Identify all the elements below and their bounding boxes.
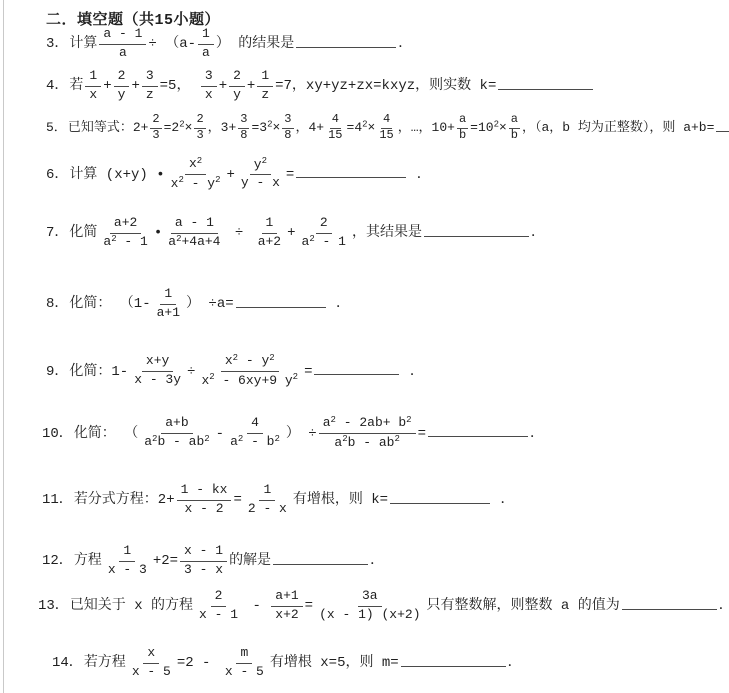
math-text: 3 <box>152 129 159 143</box>
math-text: a+b <box>165 416 188 431</box>
answer-blank <box>296 33 396 48</box>
superscript: 2 <box>215 175 220 185</box>
math-text: 方程 <box>74 552 102 570</box>
fraction-numerator: a+1 <box>271 589 302 607</box>
math-text: ÷ <box>226 224 251 242</box>
math-text: 2 <box>215 589 223 604</box>
fraction-denominator: 15 <box>377 129 395 144</box>
fraction: 2y <box>114 69 130 104</box>
math-text: = <box>305 597 313 615</box>
fraction-denominator: x2 - y2 <box>167 175 225 192</box>
fraction-numerator: 1 <box>262 216 278 234</box>
math-text: x <box>225 354 233 369</box>
fraction: 1a+2 <box>254 216 285 251</box>
math-text: = <box>304 363 312 381</box>
math-text: 15 <box>328 129 342 143</box>
math-text: y - x <box>241 176 280 191</box>
fraction: 2y <box>229 69 245 104</box>
math-text: 化简：1- <box>69 363 128 381</box>
question-number: 14． <box>52 654 83 672</box>
fraction: 2a2 - 1 <box>298 216 350 251</box>
fraction: xx - 5 <box>128 646 175 681</box>
math-text: 8 <box>284 129 291 143</box>
fraction: 1a <box>198 27 214 62</box>
question-row-7: 7．化简a+2a2 - 1•a - 1a2+4a+4 ÷ 1a+2+2a2 - … <box>46 216 545 251</box>
superscript: 2 <box>197 156 202 166</box>
question-number: 3． <box>46 35 68 53</box>
question-row-13: 13．已知关于 x 的方程2x - 1 - a+1x+2=3a(x - 1) (… <box>38 589 729 624</box>
math-text: • <box>154 224 162 242</box>
question-row-12: 12．方程1x - 3+2=x - 13 - x的解是． <box>42 544 384 579</box>
math-text: 3 - x <box>184 563 223 578</box>
math-text: x <box>205 88 213 103</box>
fraction-numerator: 4 <box>247 416 263 434</box>
fraction-numerator: 4 <box>381 113 392 129</box>
math-text: - 1 <box>117 235 148 250</box>
answer-blank <box>424 222 529 237</box>
question-row-10: 10．化简： （a+ba2b - ab2-4a2 - b2） ÷a2 - 2ab… <box>42 416 544 452</box>
question-number: 7． <box>46 224 68 242</box>
fraction-numerator: x2 - y2 <box>221 354 279 372</box>
math-text: ） 的结果是 <box>216 35 294 53</box>
math-text: 有增根，则 k= <box>293 491 388 509</box>
fraction-denominator: 2 - x <box>244 501 291 518</box>
page-left-border <box>3 0 4 693</box>
math-text: - 6xy+9 y <box>215 374 293 389</box>
math-text: =5， <box>160 77 199 95</box>
fraction-denominator: b <box>457 129 468 144</box>
math-text: - 1 <box>315 235 346 250</box>
math-text: 3 <box>284 113 291 127</box>
fraction: 4a2 - b2 <box>226 416 284 451</box>
math-text: ． <box>401 363 423 381</box>
math-text: a <box>202 46 210 61</box>
fraction-numerator: 3 <box>201 69 217 87</box>
fraction: y2y - x <box>237 157 284 192</box>
math-text: 计算 (x+y) • <box>69 166 164 184</box>
superscript: 2 <box>394 434 399 444</box>
math-text: + <box>287 224 295 242</box>
fraction-numerator: x <box>143 646 159 664</box>
fraction: a - 1a2+4a+4 <box>164 216 224 251</box>
math-text: a <box>511 113 518 127</box>
superscript: 2 <box>269 353 274 363</box>
fraction-denominator: (x - 1) (x+2) <box>315 607 424 624</box>
math-text: 1 - kx <box>181 483 228 498</box>
math-text: ． <box>508 654 522 672</box>
math-text: ，3+ <box>208 120 237 137</box>
math-text: 1 <box>202 27 210 42</box>
math-text: 只有整数解，则整数 a 的值为 <box>427 597 620 615</box>
superscript: 2 <box>204 434 209 444</box>
fraction: 23 <box>194 113 205 144</box>
fraction-numerator: a+2 <box>110 216 141 234</box>
math-text: 1 <box>266 216 274 231</box>
math-text: ） ÷a= <box>186 295 234 313</box>
answer-blank <box>273 550 368 565</box>
math-text: y <box>118 88 126 103</box>
fraction: 1 - kxx - 2 <box>177 483 232 518</box>
fraction: 415 <box>377 113 395 144</box>
fraction-denominator: a2 - b2 <box>226 434 284 451</box>
math-text: a+2 <box>258 235 281 250</box>
math-text: 2 <box>233 69 241 84</box>
math-text: x - 1 <box>184 544 223 559</box>
math-text: a - 1 <box>175 216 214 231</box>
superscript: 2 <box>262 156 267 166</box>
math-text: ． <box>408 166 430 184</box>
worksheet-page: 二．填空题（共15小题） 3．计算a - 1a÷ （a-1a） 的结果是． 4．… <box>0 0 729 693</box>
fraction: a2 - 2ab+ b2a2b - ab2 <box>319 416 416 452</box>
fraction: 1x - 3 <box>104 544 151 579</box>
question-row-3: 3．计算a - 1a÷ （a-1a） 的结果是． <box>46 27 412 62</box>
math-text: 4 <box>383 113 390 127</box>
fraction-numerator: 1 <box>257 69 273 87</box>
fraction-numerator: 1 <box>119 544 135 562</box>
fraction-denominator: b <box>509 129 520 144</box>
math-text: x <box>189 157 197 172</box>
math-text: 4 <box>332 113 339 127</box>
question-number: 10． <box>42 425 73 443</box>
fraction-numerator: 2 <box>211 589 227 607</box>
math-text: 若分式方程：2+ <box>74 491 175 509</box>
fraction-denominator: z <box>257 87 273 104</box>
fraction: 38 <box>282 113 293 144</box>
question-row-8: 8．化简： （1-1a+1） ÷a= ． <box>46 287 350 322</box>
fraction: mx - 5 <box>221 646 268 681</box>
fraction-numerator: 1 <box>198 27 214 45</box>
fraction-denominator: 3 <box>150 129 161 144</box>
fraction-numerator: 3 <box>142 69 158 87</box>
math-text: a+1 <box>157 306 180 321</box>
fraction-denominator: x - 1 <box>195 607 242 624</box>
fraction-denominator: a2 - 1 <box>99 234 151 251</box>
math-text: 若方程 <box>84 654 126 672</box>
math-text: 2 <box>196 113 203 127</box>
math-text: b - ab <box>348 436 395 451</box>
answer-blank <box>401 652 506 667</box>
answer-blank <box>498 75 593 90</box>
question-number: 11． <box>42 491 73 509</box>
math-text: 化简： （1- <box>69 295 150 313</box>
math-text: x - 5 <box>225 665 264 680</box>
fraction-denominator: y <box>114 87 130 104</box>
fraction-denominator: a+2 <box>254 234 285 251</box>
fraction-numerator: 3 <box>282 113 293 129</box>
math-text: 3 <box>240 113 247 127</box>
math-text: a - 1 <box>103 27 142 42</box>
math-text: a <box>144 435 152 450</box>
question-number: 12． <box>42 552 73 570</box>
math-text: x <box>89 88 97 103</box>
math-text: a <box>168 235 176 250</box>
fraction: 3a(x - 1) (x+2) <box>315 589 424 624</box>
fraction-denominator: x+2 <box>271 607 302 624</box>
math-text: - <box>216 425 224 443</box>
math-text: 化简： （ <box>74 425 138 443</box>
fraction-denominator: x <box>85 87 101 104</box>
question-row-14: 14．若方程xx - 5=2 - mx - 5有增根 x=5，则 m=． <box>52 646 522 681</box>
fraction-numerator: a2 - 2ab+ b2 <box>319 416 416 434</box>
math-text: 2 - x <box>248 502 287 517</box>
fraction-numerator: 2 <box>150 113 161 129</box>
fraction-numerator: 2 <box>114 69 130 87</box>
fraction-denominator: x - 2 <box>181 501 228 518</box>
math-text: 化简 <box>69 224 97 242</box>
math-text: a <box>459 113 466 127</box>
math-text: 15 <box>379 129 393 143</box>
fraction-numerator: 1 - kx <box>177 483 232 501</box>
fraction: 23 <box>150 113 161 144</box>
fraction: a+2a2 - 1 <box>99 216 151 251</box>
math-text: ． <box>370 552 384 570</box>
fraction-denominator: a <box>115 45 131 62</box>
math-text: 有增根 x=5，则 m= <box>270 654 399 672</box>
fraction: 1x <box>85 69 101 104</box>
math-text: y <box>254 158 262 173</box>
fraction: x2x2 - y2 <box>167 157 225 193</box>
math-text: x+2 <box>275 608 298 623</box>
math-text: - 2ab+ b <box>336 416 406 431</box>
math-text: = <box>286 166 294 184</box>
math-text: =2 <box>164 120 180 137</box>
fraction: a+ba2b - ab2 <box>140 416 213 451</box>
math-text: 1 <box>164 287 172 302</box>
answer-blank <box>296 163 406 178</box>
fraction-denominator: y - x <box>237 175 284 192</box>
fraction-numerator: m <box>236 646 252 664</box>
question-row-9: 9．化简：1-x+yx - 3y÷x2 - y2x2 - 6xy+9 y2= ． <box>46 354 424 390</box>
math-text: + <box>103 77 111 95</box>
fraction-denominator: x - 3 <box>104 562 151 579</box>
math-text: ． <box>530 425 544 443</box>
fraction-numerator: 1 <box>85 69 101 87</box>
fraction-numerator: 3a <box>358 589 382 607</box>
math-text: ，…，10+ <box>398 120 455 137</box>
fraction-numerator: 4 <box>330 113 341 129</box>
math-text: + <box>219 77 227 95</box>
math-text: a+2 <box>114 216 137 231</box>
question-number: 4． <box>46 77 68 95</box>
math-text: 1 <box>261 69 269 84</box>
math-text: ，其结果是 <box>352 224 422 242</box>
answer-blank <box>428 422 528 437</box>
math-text: 3 <box>196 129 203 143</box>
fraction-numerator: x - 1 <box>180 544 227 562</box>
math-text: x <box>147 646 155 661</box>
fraction-numerator: 1 <box>160 287 176 305</box>
superscript: 2 <box>406 415 411 425</box>
fraction: 12 - x <box>244 483 291 518</box>
math-text: x+y <box>146 354 169 369</box>
math-text: 计算 <box>69 35 97 53</box>
fraction-denominator: 3 <box>194 129 205 144</box>
math-text: 1 <box>89 69 97 84</box>
math-text: = <box>418 425 426 443</box>
math-text: ÷ （a- <box>148 35 196 53</box>
math-text: 已知等式：2+ <box>68 120 149 137</box>
fraction: x - 13 - x <box>180 544 227 579</box>
question-number: 6． <box>46 166 68 184</box>
fraction-numerator: 2 <box>316 216 332 234</box>
math-text: ． <box>492 491 514 509</box>
math-text: ÷ <box>187 363 195 381</box>
math-text: 2 <box>320 216 328 231</box>
question-number: 9． <box>46 363 68 381</box>
math-text: b <box>459 129 466 143</box>
math-text: a <box>119 46 127 61</box>
fraction: a - 1a <box>99 27 146 62</box>
fraction: ab <box>509 113 520 144</box>
superscript: 2 <box>275 434 280 444</box>
question-row-4: 4．若1x+2y+3z=5， 3x+2y+1z=7，xy+yz+zx=kxyz，… <box>46 69 595 104</box>
fraction: x+yx - 3y <box>130 354 185 389</box>
math-text: - y <box>184 177 215 192</box>
math-text: =4 <box>347 120 363 137</box>
fraction: 3z <box>142 69 158 104</box>
fraction-numerator: 2 <box>194 113 205 129</box>
math-text: y <box>233 88 241 103</box>
question-row-11: 11．若分式方程：2+1 - kxx - 2=12 - x有增根，则 k= ． <box>42 483 514 518</box>
math-text: +2= <box>153 552 178 570</box>
math-text: ，4+ <box>296 120 325 137</box>
math-text: ． <box>531 224 545 242</box>
fraction-numerator: x+y <box>142 354 173 372</box>
math-text: ． <box>398 35 412 53</box>
fraction: 1z <box>257 69 273 104</box>
math-text: x - 3y <box>134 373 181 388</box>
fraction-denominator: a+1 <box>153 305 184 322</box>
fraction-numerator: 3 <box>238 113 249 129</box>
fraction-denominator: x2 - 6xy+9 y2 <box>197 372 302 389</box>
math-text: 2 <box>118 69 126 84</box>
fraction-denominator: a2b - ab2 <box>330 434 403 451</box>
fraction-denominator: 8 <box>238 129 249 144</box>
math-text: 1 <box>263 483 271 498</box>
math-text: 2 <box>152 113 159 127</box>
math-text: 若 <box>69 77 83 95</box>
fraction: 2x - 1 <box>195 589 242 624</box>
math-text: x - 2 <box>185 502 224 517</box>
fraction: a+1x+2 <box>271 589 302 624</box>
math-text: 8 <box>240 129 247 143</box>
fraction: 1a+1 <box>153 287 184 322</box>
math-text: z <box>261 88 269 103</box>
math-text: × <box>272 120 280 137</box>
answer-blank <box>390 489 490 504</box>
math-text: m <box>240 646 248 661</box>
math-text: x - 3 <box>108 563 147 578</box>
fraction-numerator: a <box>457 113 468 129</box>
fraction: x2 - y2x2 - 6xy+9 y2 <box>197 354 302 390</box>
math-text: 已知关于 x 的方程 <box>70 597 193 615</box>
question-row-5: 5．已知等式：2+23=22×23，3+38=32×38，4+415=42×41… <box>46 113 729 144</box>
fraction-denominator: x <box>201 87 217 104</box>
math-text: 的解是 <box>229 552 271 570</box>
answer-blank <box>236 293 326 308</box>
math-text: 4 <box>251 416 259 431</box>
fraction-numerator: a <box>509 113 520 129</box>
fraction-numerator: a - 1 <box>171 216 218 234</box>
math-text: z <box>146 88 154 103</box>
math-text: - y <box>238 354 269 369</box>
fraction-numerator: x2 <box>185 157 206 175</box>
fraction-denominator: z <box>142 87 158 104</box>
answer-blank <box>716 117 729 132</box>
fraction-numerator: y2 <box>250 157 271 175</box>
math-text: + <box>131 77 139 95</box>
question-row-6: 6．计算 (x+y) •x2x2 - y2+y2y - x= ． <box>46 157 431 193</box>
fraction-denominator: a <box>198 45 214 62</box>
math-text: x - 1 <box>199 608 238 623</box>
superscript: 2 <box>293 372 298 382</box>
fraction-denominator: a2b - ab2 <box>140 434 213 451</box>
math-text: 3 <box>205 69 213 84</box>
math-text: a <box>230 435 238 450</box>
question-number: 5． <box>46 120 67 137</box>
question-number: 13． <box>38 597 69 615</box>
math-text: 3 <box>146 69 154 84</box>
math-text: +4a+4 <box>181 235 220 250</box>
math-text: (x - 1) (x+2) <box>319 608 420 623</box>
fraction: 415 <box>326 113 344 144</box>
math-text: a+1 <box>275 589 298 604</box>
math-text: x - 5 <box>132 665 171 680</box>
fraction: 38 <box>238 113 249 144</box>
fraction-denominator: 3 - x <box>180 562 227 579</box>
math-text: =3 <box>251 120 267 137</box>
fraction-denominator: a2 - 1 <box>298 234 350 251</box>
math-text: =10 <box>470 120 493 137</box>
fraction: 3x <box>201 69 217 104</box>
fraction-denominator: y <box>229 87 245 104</box>
question-number: 8． <box>46 295 68 313</box>
math-text: a <box>323 416 331 431</box>
fraction-numerator: 2 <box>229 69 245 87</box>
math-text: ． <box>719 597 729 615</box>
math-text: - <box>244 597 269 615</box>
math-text: × <box>499 120 507 137</box>
fraction-denominator: 8 <box>282 129 293 144</box>
math-text: ，（a，b 均为正整数），则 a+b= <box>522 120 714 137</box>
math-text: × <box>185 120 193 137</box>
answer-blank <box>314 360 399 375</box>
fraction-denominator: a2+4a+4 <box>164 234 224 251</box>
math-text: × <box>368 120 376 137</box>
math-text: ） ÷ <box>286 425 317 443</box>
answer-blank <box>622 595 717 610</box>
math-text: ． <box>328 295 350 313</box>
math-text: - b <box>243 435 274 450</box>
math-text: =7，xy+yz+zx=kxyz，则实数 k= <box>275 77 496 95</box>
math-text: 3a <box>362 589 378 604</box>
math-text: = <box>233 491 241 509</box>
fraction-denominator: x - 5 <box>221 664 268 681</box>
fraction-denominator: x - 3y <box>130 372 185 389</box>
math-text: + <box>226 166 234 184</box>
math-text: + <box>247 77 255 95</box>
fraction-numerator: 1 <box>259 483 275 501</box>
fraction-denominator: 15 <box>326 129 344 144</box>
fraction-denominator: x - 5 <box>128 664 175 681</box>
math-text: b - ab <box>157 435 204 450</box>
math-text: b <box>511 129 518 143</box>
math-text: 1 <box>123 544 131 559</box>
fraction-numerator: a+b <box>161 416 192 434</box>
fraction: ab <box>457 113 468 144</box>
math-text: =2 - <box>177 654 219 672</box>
fraction-numerator: a - 1 <box>99 27 146 45</box>
